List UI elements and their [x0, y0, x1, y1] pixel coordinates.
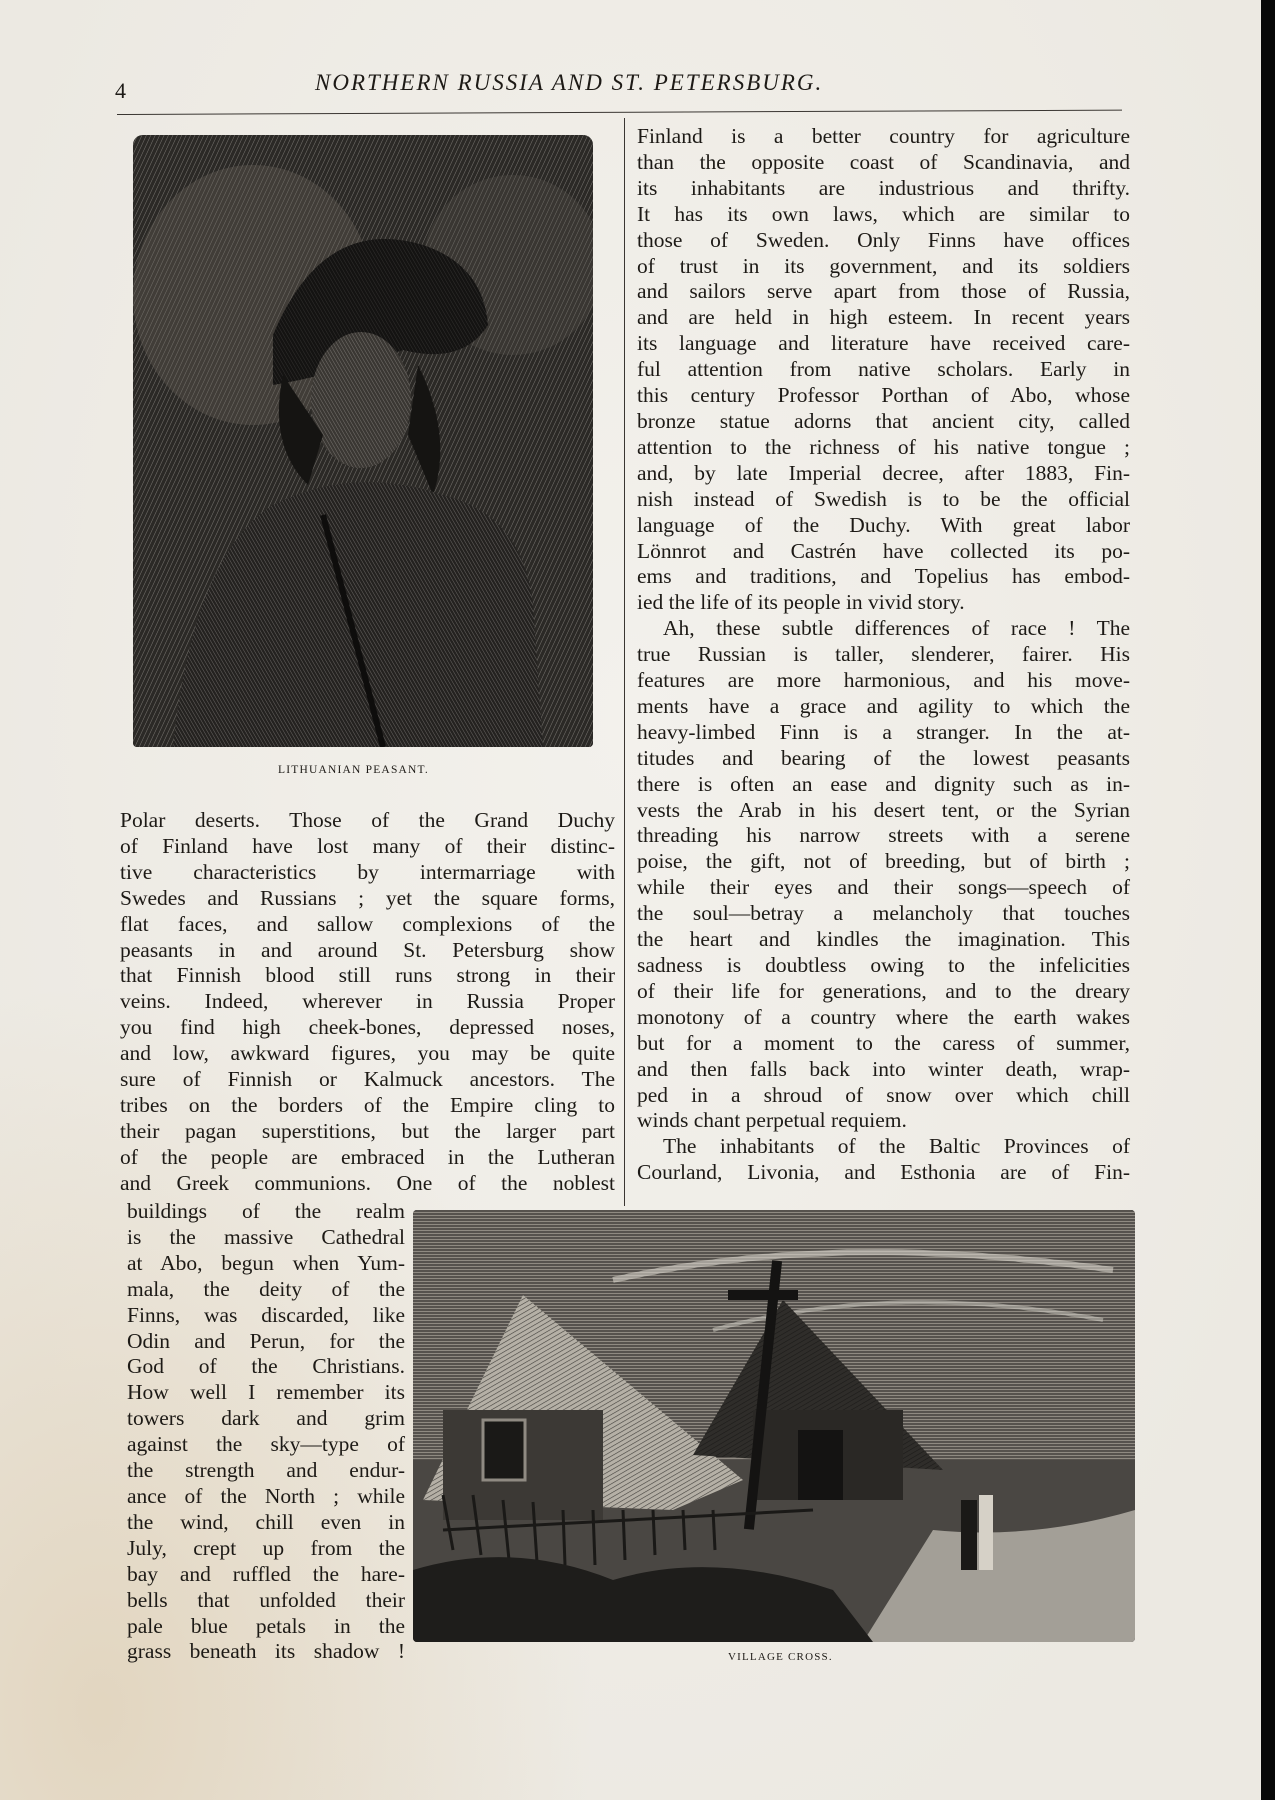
text-line: while their eyes and their songs—speech … — [637, 875, 1130, 901]
text-line: grass beneath its shadow ! — [127, 1639, 405, 1665]
text-line: ance of the North ; while — [127, 1484, 405, 1510]
text-line: true Russian is taller, slenderer, faire… — [637, 642, 1130, 668]
text-line: It has its own laws, which are similar t… — [637, 202, 1130, 228]
text-line: Courland, Livonia, and Esthonia are of F… — [637, 1160, 1130, 1186]
text-line: the wind, chill even in — [127, 1510, 405, 1536]
text-line: the strength and endur- — [127, 1458, 405, 1484]
text-line: ems and traditions, and Topelius has emb… — [637, 564, 1130, 590]
text-line: bay and ruffled the hare- — [127, 1562, 405, 1588]
paragraph: The inhabitants of the Baltic Provinces … — [637, 1134, 1130, 1186]
text-line: The inhabitants of the Baltic Provinces … — [637, 1134, 1130, 1160]
page-header: 4 NORTHERN RUSSIA AND ST. PETERSBURG. — [115, 62, 1120, 102]
text-line: and Greek communions. One of the noblest — [120, 1171, 615, 1197]
text-line: the heart and kindles the imagination. T… — [637, 927, 1130, 953]
text-line: and, by late Imperial decree, after 1883… — [637, 461, 1130, 487]
text-line: heavy-limbed Finn is a stranger. In the … — [637, 720, 1130, 746]
text-line: Ah, these subtle differences of race ! T… — [637, 616, 1130, 642]
text-line: and sailors serve apart from those of Ru… — [637, 279, 1130, 305]
text-line: Odin and Perun, for the — [127, 1329, 405, 1355]
text-line: tive characteristics by intermarriage wi… — [120, 860, 615, 886]
text-line: sadness is doubtless owing to the infeli… — [637, 953, 1130, 979]
text-line: ments have a grace and agility to which … — [637, 694, 1130, 720]
text-line: July, crept up from the — [127, 1536, 405, 1562]
text-column-left: Polar deserts. Those of the Grand Duchy … — [120, 808, 615, 1197]
text-line: nish instead of Swedish is to be the off… — [637, 487, 1130, 513]
text-line: peasants in and around St. Petersburg sh… — [120, 938, 615, 964]
text-line: ped in a shroud of snow over which chill — [637, 1083, 1130, 1109]
text-line: titudes and bearing of the lowest peasan… — [637, 746, 1130, 772]
text-line: Polar deserts. Those of the Grand Duchy — [120, 808, 615, 834]
running-head: NORTHERN RUSSIA AND ST. PETERSBURG. — [315, 70, 823, 96]
text-line: this century Professor Porthan of Abo, w… — [637, 383, 1130, 409]
text-column-right: Finland is a better country for agricult… — [637, 124, 1130, 1186]
text-line: ied the life of its people in vivid stor… — [637, 590, 1130, 616]
text-line: mala, the deity of the — [127, 1277, 405, 1303]
text-line: flat faces, and sallow complexions of th… — [120, 912, 615, 938]
text-line: is the massive Cathedral — [127, 1225, 405, 1251]
text-line: monotony of a country where the earth wa… — [637, 1005, 1130, 1031]
text-line: bronze statue adorns that ancient city, … — [637, 409, 1130, 435]
text-line: God of the Christians. — [127, 1354, 405, 1380]
figure-caption: VILLAGE CROSS. — [728, 1651, 833, 1663]
column-divider — [624, 118, 625, 1206]
text-line: and are held in high esteem. In recent y… — [637, 305, 1130, 331]
text-line: and then falls back into winter death, w… — [637, 1057, 1130, 1083]
text-line: winds chant perpetual requiem. — [637, 1108, 1130, 1134]
text-line: veins. Indeed, wherever in Russia Proper — [120, 989, 615, 1015]
paragraph: Finland is a better country for agricult… — [637, 124, 1130, 616]
text-line: you find high cheek-bones, depressed nos… — [120, 1015, 615, 1041]
text-line: attention to the richness of his native … — [637, 435, 1130, 461]
text-line: of their life for generations, and to th… — [637, 979, 1130, 1005]
text-line: of trust in its government, and its sold… — [637, 254, 1130, 280]
text-line: there is often an ease and dignity such … — [637, 772, 1130, 798]
text-line: and low, awkward figures, you may be qui… — [120, 1041, 615, 1067]
text-line: bells that unfolded their — [127, 1588, 405, 1614]
text-line: Lönnrot and Castrén have collected its p… — [637, 539, 1130, 565]
text-line: of Finland have lost many of their disti… — [120, 834, 615, 860]
figure-village-cross — [413, 1210, 1135, 1642]
text-line: Swedes and Russians ; yet the square for… — [120, 886, 615, 912]
text-line: features are more harmonious, and his mo… — [637, 668, 1130, 694]
text-line: Finns, was discarded, like — [127, 1303, 405, 1329]
text-line: How well I remember its — [127, 1380, 405, 1406]
figure-caption: LITHUANIAN PEASANT. — [278, 764, 429, 776]
text-line: pale blue petals in the — [127, 1614, 405, 1640]
text-line: against the sky—type of — [127, 1432, 405, 1458]
text-line: Finland is a better country for agricult… — [637, 124, 1130, 150]
text-line: tribes on the borders of the Empire clin… — [120, 1093, 615, 1119]
village-engraving-icon — [413, 1210, 1135, 1642]
text-line: language of the Duchy. With great labor — [637, 513, 1130, 539]
figure-lithuanian-peasant — [133, 135, 593, 747]
text-line: than the opposite coast of Scandinavia, … — [637, 150, 1130, 176]
scan-edge — [1261, 0, 1275, 1800]
text-line: towers dark and grim — [127, 1406, 405, 1432]
text-line: its language and literature have receive… — [637, 331, 1130, 357]
text-column-left-narrow: buildings of the realm is the massive Ca… — [127, 1199, 405, 1665]
header-rule — [117, 110, 1122, 115]
text-line: its inhabitants are industrious and thri… — [637, 176, 1130, 202]
paragraph: buildings of the realm is the massive Ca… — [127, 1199, 405, 1665]
text-line: those of Sweden. Only Finns have offices — [637, 228, 1130, 254]
text-line: their pagan superstitions, but the large… — [120, 1119, 615, 1145]
paragraph: Ah, these subtle differences of race ! T… — [637, 616, 1130, 1134]
text-line: sure of Finnish or Kalmuck ancestors. Th… — [120, 1067, 615, 1093]
text-line: at Abo, begun when Yum- — [127, 1251, 405, 1277]
portrait-engraving-icon — [133, 135, 593, 747]
text-line: poise, the gift, not of breeding, but of… — [637, 849, 1130, 875]
text-line: that Finnish blood still runs strong in … — [120, 963, 615, 989]
text-line: but for a moment to the caress of summer… — [637, 1031, 1130, 1057]
page-number: 4 — [115, 78, 126, 104]
text-line: ful attention from native scholars. Earl… — [637, 357, 1130, 383]
text-line: the soul—betray a melancholy that touche… — [637, 901, 1130, 927]
text-line: of the people are embraced in the Luther… — [120, 1145, 615, 1171]
text-line: buildings of the realm — [127, 1199, 405, 1225]
text-line: vests the Arab in his desert tent, or th… — [637, 798, 1130, 824]
paragraph: Polar deserts. Those of the Grand Duchy … — [120, 808, 615, 1197]
book-page: 4 NORTHERN RUSSIA AND ST. PETERSBURG. — [0, 0, 1261, 1800]
text-line: threading his narrow streets with a sere… — [637, 823, 1130, 849]
